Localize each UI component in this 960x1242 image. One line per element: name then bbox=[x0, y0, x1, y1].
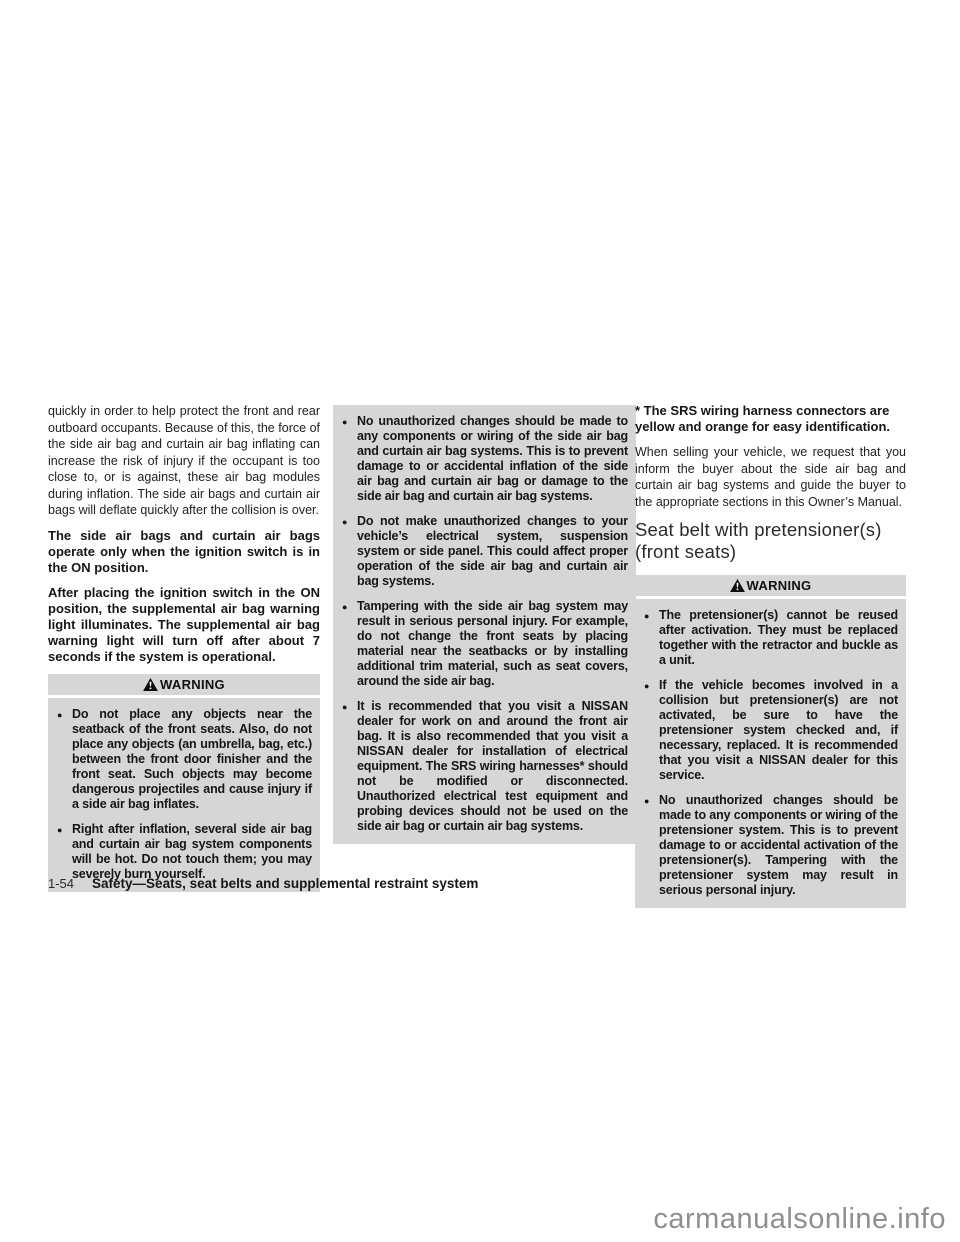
bullet-text: Do not make unauthorized changes to your… bbox=[357, 514, 628, 588]
list-item: ● Do not make unauthorized changes to yo… bbox=[341, 514, 628, 589]
warning-body: ● Do not place any objects near the seat… bbox=[48, 698, 320, 892]
list-item: ● Tampering with the side air bag system… bbox=[341, 599, 628, 689]
warning-header: WARNING bbox=[635, 575, 906, 596]
list-item: ● The pretensioner(s) cannot be reused a… bbox=[643, 608, 898, 668]
bullet-icon: ● bbox=[342, 416, 347, 428]
bullet-icon: ● bbox=[342, 601, 347, 613]
warning-box-continued: ● No unauthorized changes should be made… bbox=[333, 405, 636, 844]
warning-box-objects: WARNING ● Do not place any objects near … bbox=[48, 674, 320, 892]
bullet-text: Do not place any objects near the seatba… bbox=[72, 707, 312, 811]
bullet-icon: ● bbox=[342, 701, 347, 713]
bullet-icon: ● bbox=[644, 795, 649, 807]
bullet-icon: ● bbox=[57, 824, 62, 836]
page-number: 1-54 bbox=[48, 876, 74, 891]
bullet-text: Tampering with the side air bag system m… bbox=[357, 599, 628, 688]
bullet-text: It is recommended that you visit a NISSA… bbox=[357, 699, 628, 833]
srs-connectors-note: * The SRS wiring harness connectors are … bbox=[635, 403, 906, 435]
warning-box-pretensioner: WARNING ● The pretensioner(s) cannot be … bbox=[635, 575, 906, 908]
manual-page: quickly in order to help protect the fro… bbox=[0, 0, 960, 1242]
page-footer: 1-54 Safety—Seats, seat belts and supple… bbox=[48, 876, 478, 891]
list-item: ● No unauthorized changes should be made… bbox=[643, 793, 898, 898]
bullet-text: The pretensioner(s) cannot be reused aft… bbox=[659, 608, 898, 667]
bullet-text: Right after inflation, several side air … bbox=[72, 822, 312, 881]
paragraph-airbag-protect: quickly in order to help protect the fro… bbox=[48, 403, 320, 519]
list-item: ● If the vehicle becomes involved in a c… bbox=[643, 678, 898, 783]
warning-title: WARNING bbox=[747, 578, 812, 593]
bullet-icon: ● bbox=[644, 680, 649, 692]
bullet-icon: ● bbox=[57, 709, 62, 721]
column-left: quickly in order to help protect the fro… bbox=[48, 403, 320, 892]
paragraph-selling-vehicle: When selling your vehicle, we request th… bbox=[635, 444, 906, 510]
list-item: ● Right after inflation, several side ai… bbox=[56, 822, 312, 882]
footer-section-title: Safety—Seats, seat belts and supplementa… bbox=[92, 876, 478, 891]
bullet-text: No unauthorized changes should be made t… bbox=[357, 414, 628, 503]
warning-title: WARNING bbox=[160, 677, 225, 692]
list-item: ● No unauthorized changes should be made… bbox=[341, 414, 628, 504]
list-item: ● It is recommended that you visit a NIS… bbox=[341, 699, 628, 834]
bullet-text: No unauthorized changes should be made t… bbox=[659, 793, 898, 897]
warning-triangle-icon bbox=[730, 579, 745, 592]
paragraph-ignition-on: The side air bags and curtain air bags o… bbox=[48, 528, 320, 576]
warning-body: ● The pretensioner(s) cannot be reused a… bbox=[635, 599, 906, 908]
bullet-icon: ● bbox=[644, 610, 649, 622]
paragraph-warning-light: After placing the ignition switch in the… bbox=[48, 585, 320, 665]
bullet-text: If the vehicle becomes involved in a col… bbox=[659, 678, 898, 782]
list-item: ● Do not place any objects near the seat… bbox=[56, 707, 312, 812]
warning-header: WARNING bbox=[48, 674, 320, 695]
watermark: carmanualsonline.info bbox=[653, 1203, 946, 1236]
warning-triangle-icon bbox=[143, 678, 158, 691]
bullet-icon: ● bbox=[342, 516, 347, 528]
section-heading: Seat belt with pretensioner(s) (front se… bbox=[635, 519, 906, 563]
column-right: * The SRS wiring harness connectors are … bbox=[635, 403, 906, 908]
